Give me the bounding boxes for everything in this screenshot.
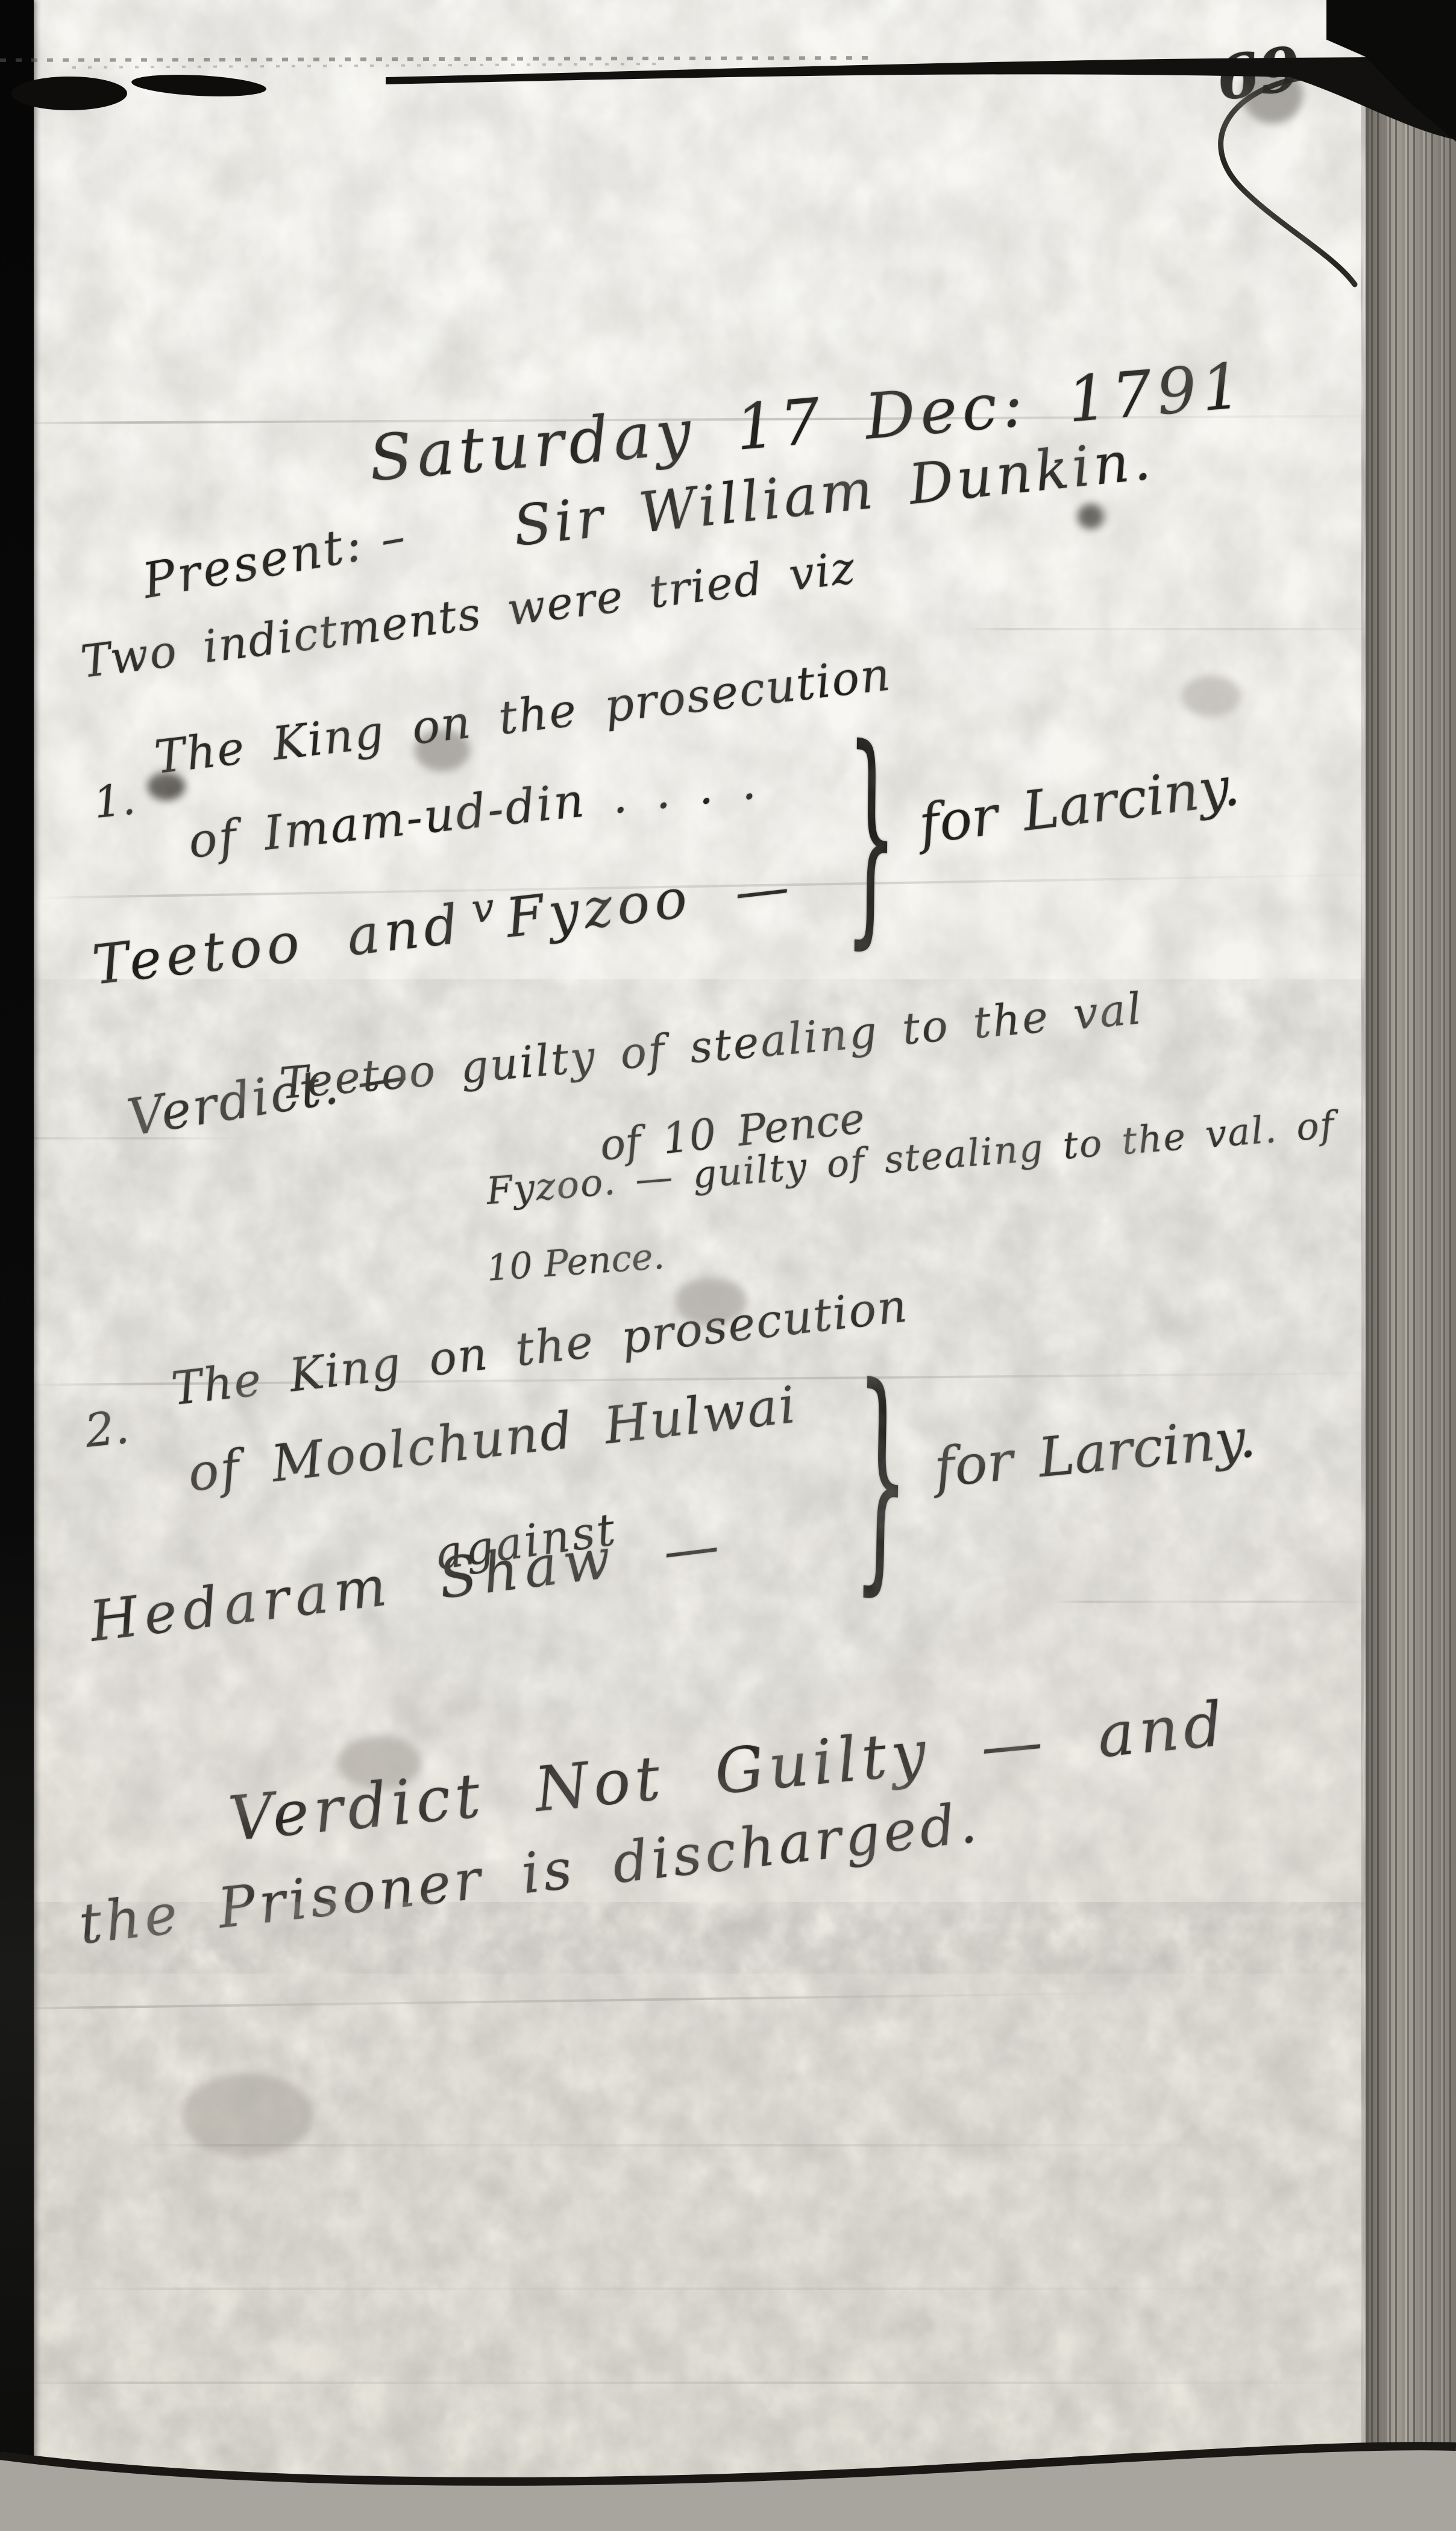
ink-smudge (181, 2073, 313, 2157)
case2-number: 2. (83, 1400, 131, 1458)
scanned-manuscript-page: 69 Saturday 17 Dec: 1791 Present: – Sir … (0, 0, 1456, 2531)
rule-line (60, 2288, 1386, 2290)
case2-brace: } (852, 1335, 911, 1623)
ink-smudge (1078, 504, 1104, 529)
book-binding-edge (1366, 0, 1456, 2531)
case1-brace: } (844, 698, 899, 973)
rule-line (1055, 1601, 1416, 1603)
rule-line (121, 2144, 1326, 2147)
rule-line (0, 2382, 1456, 2384)
ink-smudge (1181, 675, 1241, 717)
case1-number: 1. (91, 773, 137, 828)
folio-number: 69 (1213, 33, 1305, 114)
rule-line (0, 1137, 253, 1140)
left-black-border (0, 0, 34, 2531)
